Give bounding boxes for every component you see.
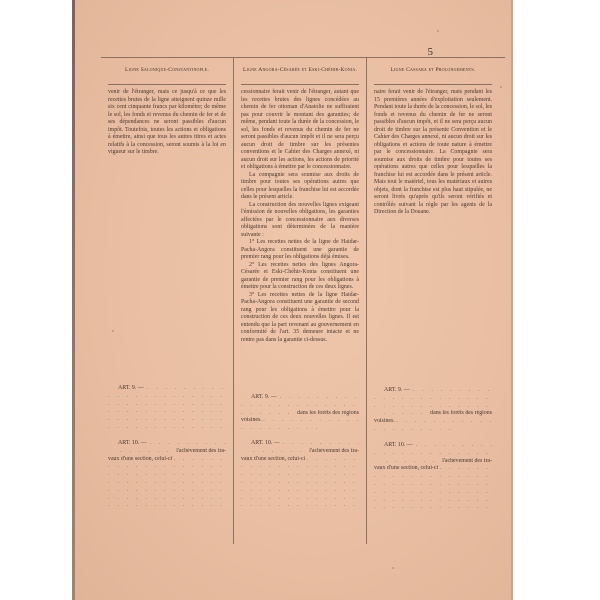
paragraph: venir de l'étranger, mais ce jusqu'à ce … (108, 89, 226, 157)
article-label: ART. 10. — (108, 440, 147, 448)
article-10: ART. 10. —. . . . . . . . . . . . . . . … (374, 442, 492, 512)
paragraph: cessionnaire ferait venir de l'étranger,… (241, 89, 359, 172)
dot-leader: . . . . . . . . . . . . . . . . . . . . … (374, 450, 492, 458)
dot-leader: . . . . . . . . . . . . . . . . . . . . … (108, 495, 226, 503)
dot-leader: . . . . . . (253, 448, 309, 454)
dot-leader: . . . . . . . . . . . . . . . . . . . . … (307, 456, 359, 462)
article-10: ART. 10. —. . . . . . . . . . . . . . . … (108, 440, 226, 510)
dot-leader: . . . . . . . . . . . . . . . . . . . . … (108, 479, 226, 487)
paragraph: 1° Les recettes nettes de la ligne de Ha… (241, 239, 359, 262)
dot-leader: . . . . . . . . . . . . . . . . . . . . … (108, 424, 226, 432)
dot-leader: . . . . . . . . . . . . . . . . . . . . … (241, 402, 359, 410)
paragraph: La construction des nouvelles lignes exi… (241, 202, 359, 240)
column-header: Ligne Angora-Césarée et Eski-Chéhir-Koni… (241, 58, 359, 85)
dot-leader: . . . . . . . . . . . . . . . . . . . . … (416, 442, 492, 448)
article-label: ART. 9. — (108, 385, 144, 393)
article-9: ART. 9. —. . . . . . . . . . . . . . . .… (241, 394, 359, 433)
paper-spot (392, 567, 394, 569)
dot-leader: . . . . . . . . . . . . . . . . . . . . … (241, 487, 359, 495)
article-9: ART. 9. —. . . . . . . . . . . . . . . .… (108, 385, 226, 432)
dot-leader: . . . . . . . . . . . . . . . . . . . . … (241, 495, 359, 503)
dot-leader: . . . . . . . . . . . . . . . . . . . . … (374, 497, 492, 505)
dot-leader: . . . . . . . . . . . . . . . . . . . . … (283, 440, 359, 446)
dot-leader: . . . . . . . . . . . . . . . . . . . . … (374, 395, 492, 403)
dot-leader: . . . . . . . . . . . . . . . . . . . . … (263, 417, 359, 423)
article-label: ART. 9. — (241, 394, 277, 402)
dot-leader: . . . . . . . . . . . . . . . . . . . . … (108, 487, 226, 495)
dot-leader: . . . . . . . . . . . . . . . . . . . . … (150, 440, 226, 446)
dot-leader: . . . . . . . . . . . . . . . . . . . . … (241, 463, 359, 471)
dot-leader: . . . . . . (386, 458, 442, 464)
dot-leader: . . . . . . . . . . . . . . . . . . . . … (108, 401, 226, 409)
article-text: vaux d'une section, celui-ci (374, 465, 438, 471)
dot-leader: . . . . . . . . . . . . . . . . . . . . … (374, 504, 492, 512)
dot-leader: . . . . . . . . . (374, 426, 492, 434)
article-text: dans les forêts des régions (297, 410, 359, 416)
dot-leader: . . . . . . (241, 410, 297, 416)
dot-leader: . . . . . (383, 410, 430, 416)
article-text: vaux d'une section, celui-ci (108, 456, 172, 462)
column-body: cessionnaire ferait venir de l'étranger,… (241, 89, 359, 344)
article-9: ART. 9. —. . . . . . . . . . . . . . . .… (374, 387, 492, 434)
paragraph: naire ferait venir de l'étranger, mais p… (374, 89, 492, 217)
paragraph: 2° Les recettes nettes des lignes Angora… (241, 262, 359, 292)
dot-leader: . . . . . . . . . (241, 425, 359, 433)
article-text: voisines. (241, 417, 262, 423)
dot-leader: . . . . . . . . . . . . . . . . . . . . … (374, 481, 492, 489)
column-body: naire ferait venir de l'étranger, mais p… (374, 89, 492, 217)
column-angora-cesaree-konia: Ligne Angora-Césarée et Eski-Chéhir-Koni… (233, 58, 366, 544)
dot-leader: . . . . . . . . . . . . . . . . . . . . … (147, 385, 226, 391)
column-header: Ligne Cassaba et Prolongements. (374, 58, 492, 85)
article-10: ART. 10. —. . . . . . . . . . . . . . . … (241, 440, 359, 510)
dot-leader: . . . . . . . . . . . . . . . . . . . . … (440, 465, 492, 471)
dot-leader: . . . . . . . . . . . . . . . . . . . . … (280, 394, 359, 400)
dot-leader: . . . . . . . . . . . . . . . . . . . . … (174, 456, 226, 462)
dot-leader: . . . . . . (120, 448, 176, 454)
article-label: ART. 9. — (374, 387, 410, 395)
dot-leader: . . . . . . . . . . . . . . . . . . . . … (241, 502, 359, 510)
dot-leader: . . . . . . . . . . . . . . . . . . . . … (241, 479, 359, 487)
dot-leader: . . . . . . . . . . . . . . . . . . . . … (374, 403, 492, 411)
dot-leader: . . . . . . . . . . . . . . . . . . . . … (413, 387, 492, 393)
dot-leader: . . . . . . . . . . . . . . . . . . . . … (241, 471, 359, 479)
dot-leader: . . . . . . . . . . . . . . . . . . . . … (396, 418, 492, 424)
dot-leader: . . . . . . . . . . . . . . . . . . . . … (108, 463, 226, 471)
dot-leader: . . . . . . . . . . . . . . . . . . . . … (108, 408, 226, 416)
column-header: Ligne Salonique-Constantinople. (108, 58, 226, 85)
document-page: 5 Ligne Salonique-Constantinople. venir … (72, 0, 513, 600)
column-cassaba-prolongements: Ligne Cassaba et Prolongements. naire fe… (366, 58, 499, 544)
dot-leader: . . . . . . . . . . . . . . . . . . . . … (108, 502, 226, 510)
three-column-table: Ligne Salonique-Constantinople. venir de… (101, 58, 505, 544)
dot-leader: . . . . . . . . . . . . . . . . . . . . … (374, 489, 492, 497)
article-text: vaux d'une section, celui-ci (241, 456, 305, 462)
dot-leader: . . . . . . . . . . . . . . . . . . . . … (374, 473, 492, 481)
dot-leader: . . . . . . . . . . . . . . . . . . . . … (108, 393, 226, 401)
paper-spot (500, 86, 502, 88)
article-text: voisines. (374, 418, 395, 424)
article-label: ART. 10. — (241, 440, 280, 448)
article-text: l'achèvement des tra- (176, 448, 226, 454)
paragraph: La compagnie sera soumise aux droits de … (241, 172, 359, 202)
article-label: ART. 10. — (374, 442, 413, 450)
dot-leader: . . . . . . . . . . . . . . . . . . . . … (108, 471, 226, 479)
paper-spot (112, 330, 114, 332)
article-text: l'achèvement des tra- (309, 448, 359, 454)
dot-leader: . . . . . . . . . . . . . . . . . . . . … (108, 416, 226, 424)
article-text: dans les forêts des régions (430, 410, 492, 416)
paragraph: 3° Les recettes nettes de la ligne Haida… (241, 292, 359, 345)
column-salonique-constantinople: Ligne Salonique-Constantinople. venir de… (101, 58, 233, 544)
column-body: venir de l'étranger, mais ce jusqu'à ce … (108, 89, 226, 157)
article-text: l'achèvement des tra- (442, 458, 492, 464)
paper-spot (437, 30, 439, 32)
